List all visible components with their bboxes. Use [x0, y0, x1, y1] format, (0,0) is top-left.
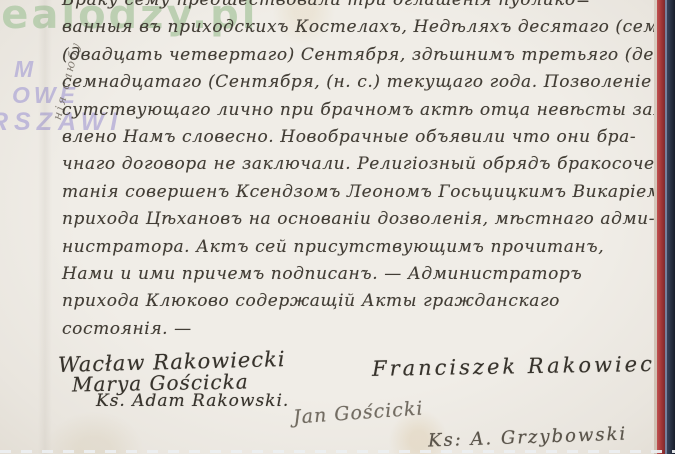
signature-faint: Jan Gościcki — [292, 397, 424, 428]
manuscript-line: чнаго договора не заключали. Религіозный… — [62, 151, 662, 178]
manuscript-scan: genealodzy.pl M OWE RSZAWI нія слюбу Бра… — [0, 0, 675, 454]
manuscript-line: влено Намъ словесно. Новобрачные объявил… — [62, 124, 662, 151]
paper-fold-shadow — [38, 0, 52, 454]
manuscript-line: ванныя въ приходскихъ Костелахъ, Недѣлях… — [62, 14, 662, 41]
manuscript-line: состоянія. — — [62, 316, 662, 343]
manuscript-line: танія совершенъ Ксендзомъ Леономъ Госьци… — [62, 179, 662, 206]
manuscript-line: Браку сему предшествовали три оглашенія … — [62, 0, 662, 14]
manuscript-line: прихода Клюково содержащій Акты гражданс… — [62, 288, 662, 315]
manuscript-line: нистратора. Актъ сей присутствующимъ про… — [62, 234, 662, 261]
selection-marquee-bottom — [0, 450, 675, 453]
scan-background-strip — [667, 0, 675, 454]
signature-priest: Ks: A. Grzybowski — [428, 424, 628, 452]
manuscript-text-block: Браку сему предшествовали три оглашенія … — [62, 0, 662, 343]
manuscript-line: прихода Цѣхановъ на основаніи дозволенія… — [62, 206, 662, 233]
signature-witness: Ks. Adam Rakowski. — [96, 391, 289, 411]
archive-stamp-fragment-1: M — [14, 56, 37, 83]
signature-father: Franciszek Rakowiecki . — [372, 351, 675, 381]
book-edge-red-strip — [657, 0, 665, 454]
manuscript-line: Нами и ими причемъ подписанъ. — Админист… — [62, 261, 662, 288]
manuscript-line: (двадцать четвертаго) Сентября, здѣшнимъ… — [62, 42, 662, 69]
manuscript-line: семнадцатаго (Сентября, (н. с.) текущаго… — [62, 69, 662, 96]
manuscript-line: сутствующаго лично при брачномъ актѣ отц… — [62, 97, 662, 124]
